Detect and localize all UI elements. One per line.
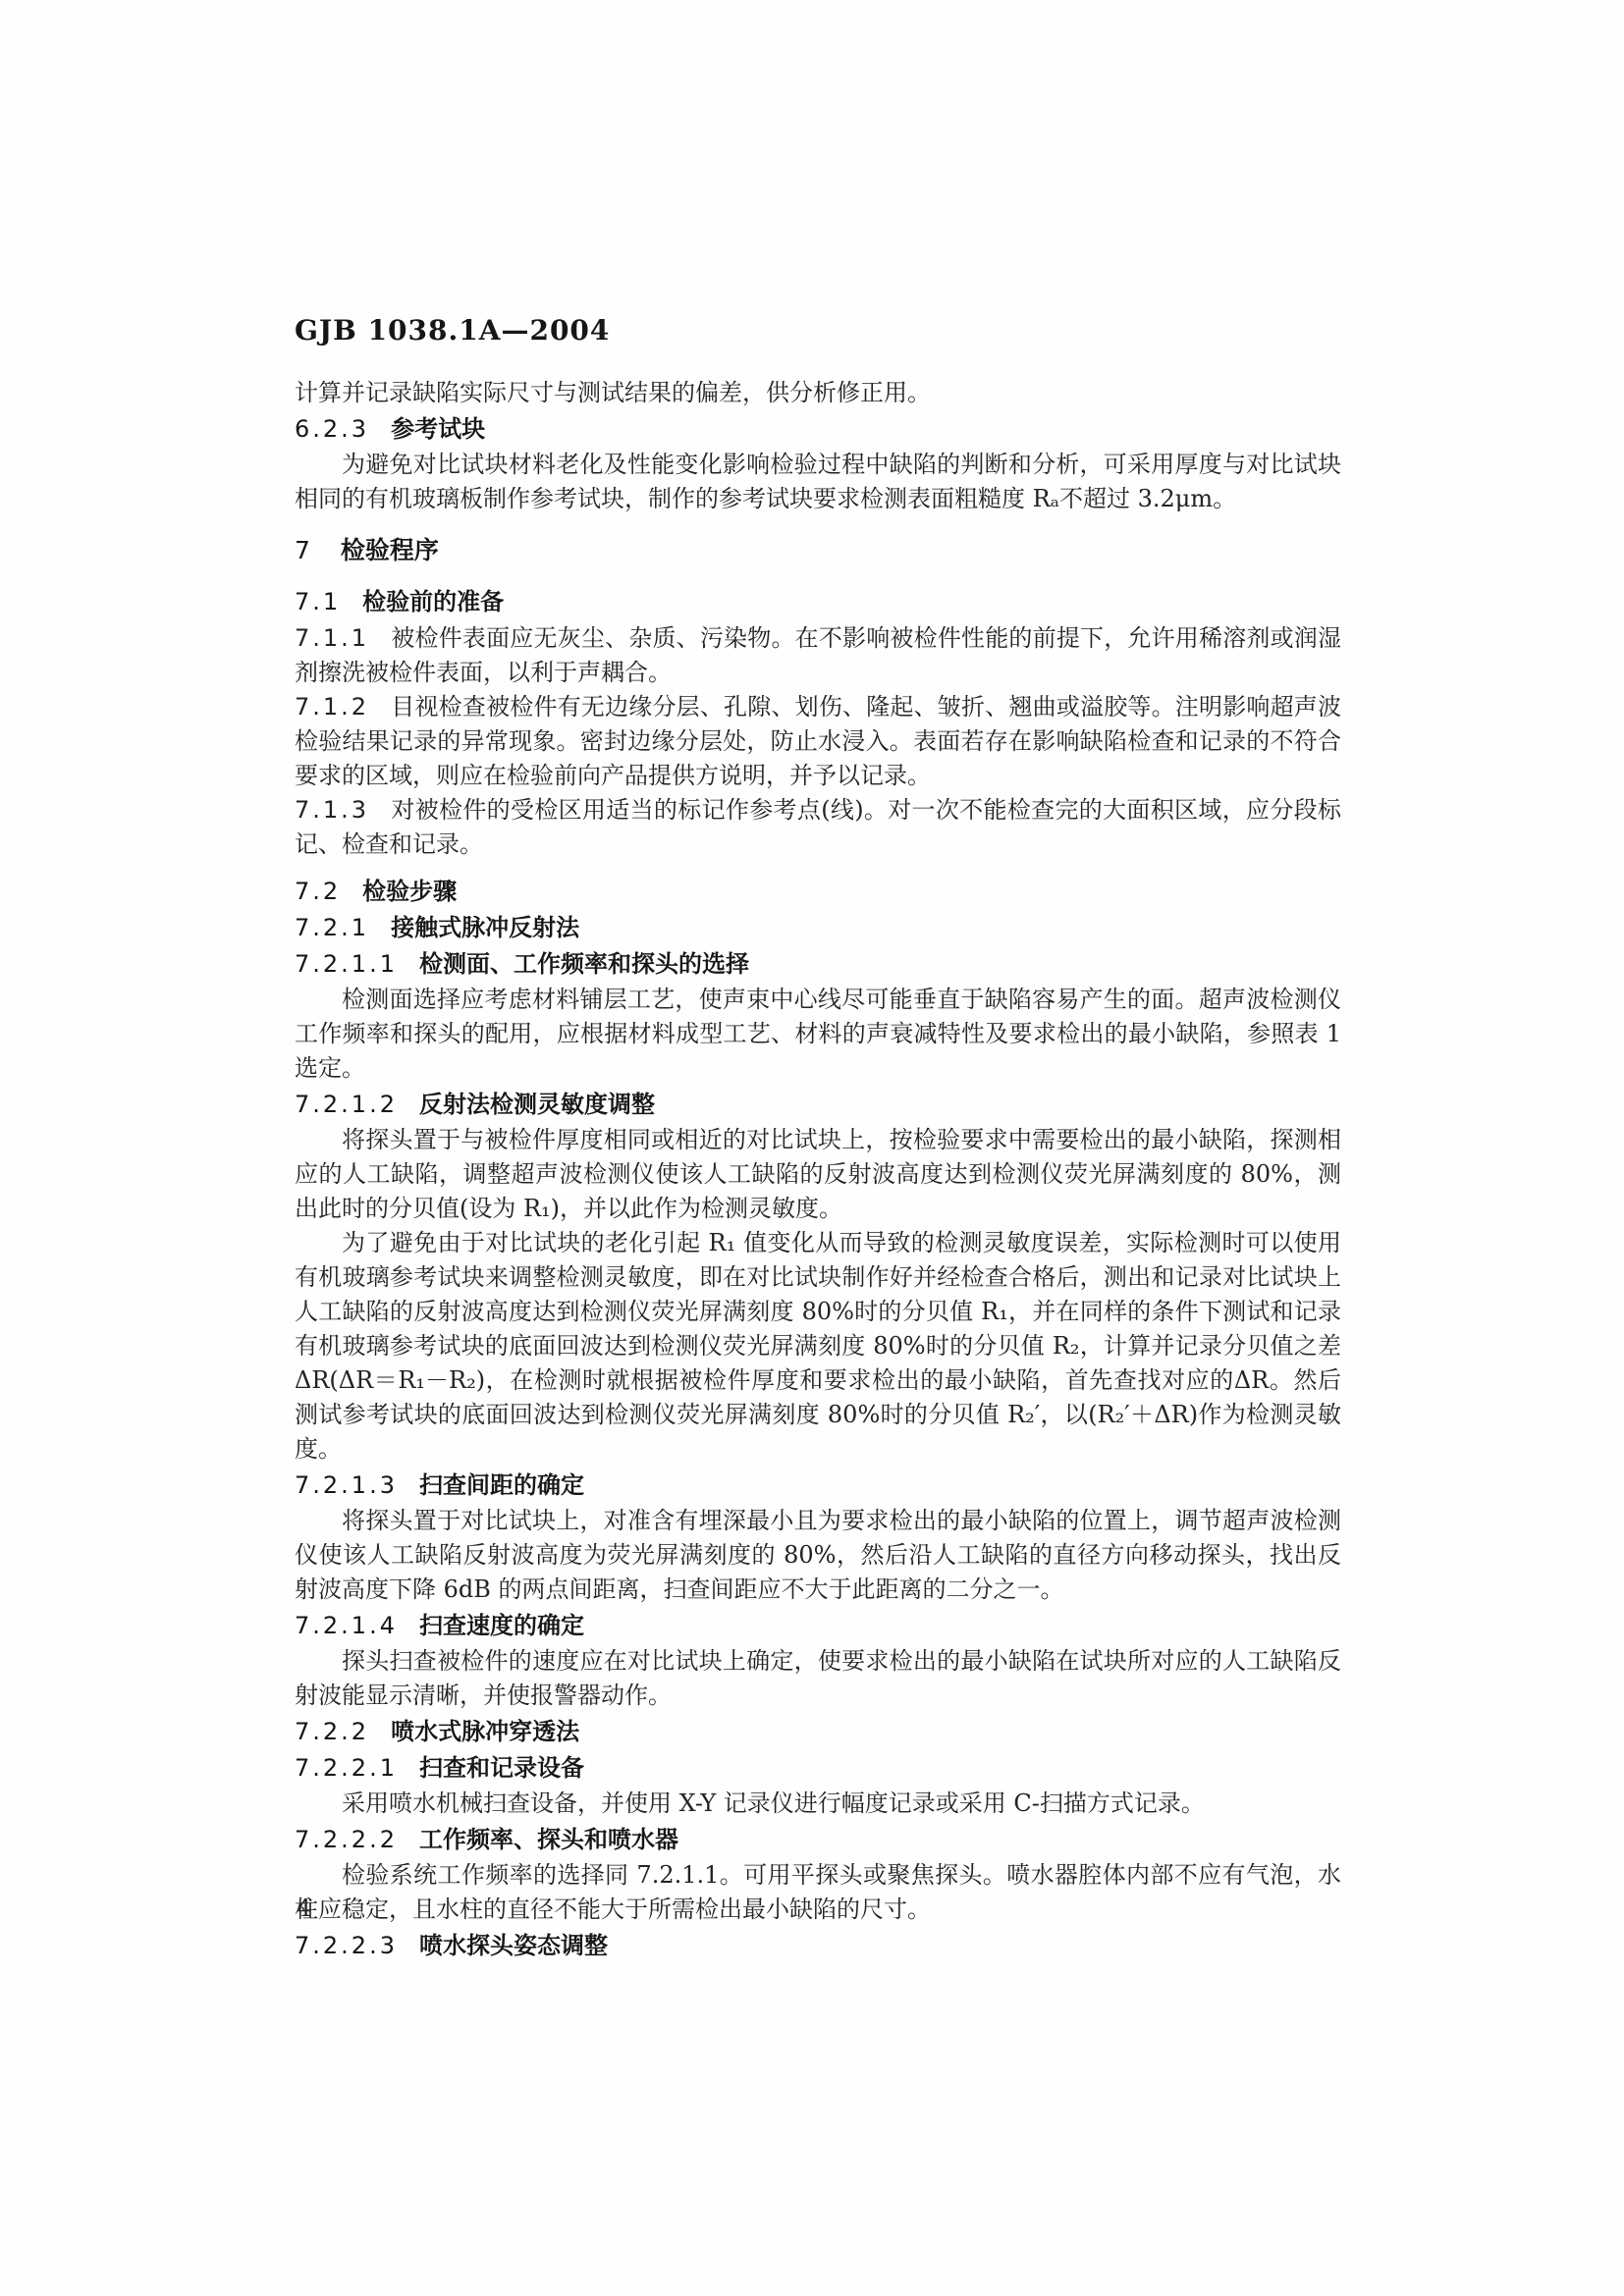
clause-text: 目视检查被检件有无边缘分层、孔隙、划伤、隆起、皱折、翘曲或溢胶等。注明影响超声波… <box>295 693 1341 789</box>
heading-title: 检测面、工作频率和探头的选择 <box>419 950 749 978</box>
clause-7-1-2: 7.1.2目视检查被检件有无边缘分层、孔隙、划伤、隆起、皱折、翘曲或溢胶等。注明… <box>295 690 1341 793</box>
heading-7-2: 7.2检验步骤 <box>295 875 1341 909</box>
heading-7-2-1-4: 7.2.1.4扫查速度的确定 <box>295 1609 1341 1643</box>
heading-title: 接触式脉冲反射法 <box>391 914 579 941</box>
para-7-2-2-2: 检验系统工作频率的选择同 7.2.1.1。可用平探头或聚焦探头。喷水器腔体内部不… <box>295 1858 1341 1927</box>
heading-number: 7.2.2.1 <box>295 1754 398 1782</box>
para-carryover: 计算并记录缺陷实际尺寸与测试结果的偏差，供分析修正用。 <box>295 376 1341 410</box>
document-body: 计算并记录缺陷实际尺寸与测试结果的偏差，供分析修正用。6.2.3参考试块为避免对… <box>295 376 1341 1963</box>
heading-number: 7.2.1.4 <box>295 1612 398 1639</box>
heading-number: 7.2.2 <box>295 1718 369 1745</box>
heading-title: 检验程序 <box>341 536 439 564</box>
para-6-2-3: 为避免对比试块材料老化及性能变化影响检验过程中缺陷的判断和分析，可采用厚度与对比… <box>295 448 1341 516</box>
heading-title: 检验步骤 <box>362 878 457 905</box>
heading-number: 7.2.1.2 <box>295 1091 398 1118</box>
heading-title: 工作频率、探头和喷水器 <box>419 1826 678 1853</box>
heading-number: 7.2.2.3 <box>295 1932 398 1959</box>
heading-7-2-1-2: 7.2.1.2反射法检测灵敏度调整 <box>295 1088 1341 1122</box>
heading-7-2-1-3: 7.2.1.3扫查间距的确定 <box>295 1468 1341 1503</box>
heading-number: 6.2.3 <box>295 415 369 443</box>
heading-7-2-2-3: 7.2.2.3喷水探头姿态调整 <box>295 1929 1341 1963</box>
para-7-2-1-3: 将探头置于对比试块上，对准含有埋深最小且为要求检出的最小缺陷的位置上，调节超声波… <box>295 1504 1341 1607</box>
heading-title: 喷水式脉冲穿透法 <box>391 1718 579 1745</box>
clause-number: 7.1.3 <box>295 796 369 824</box>
heading-number: 7.2 <box>295 878 341 905</box>
heading-6-2-3: 6.2.3参考试块 <box>295 412 1341 447</box>
heading-7: 7检验程序 <box>295 533 1341 567</box>
heading-title: 喷水探头姿态调整 <box>419 1932 608 1959</box>
para-7-2-1-4: 探头扫查被检件的速度应在对比试块上确定，使要求检出的最小缺陷在试块所对应的人工缺… <box>295 1644 1341 1713</box>
document-standard-number: GJB 1038.1A—2004 <box>295 314 1341 347</box>
heading-title: 扫查间距的确定 <box>419 1471 584 1499</box>
clause-text: 对被检件的受检区用适当的标记作参考点(线)。对一次不能检查完的大面积区域，应分段… <box>295 796 1341 858</box>
heading-title: 反射法检测灵敏度调整 <box>419 1091 655 1118</box>
heading-7-2-2-2: 7.2.2.2工作频率、探头和喷水器 <box>295 1823 1341 1857</box>
page-number: 4 <box>297 1895 311 1922</box>
clause-7-1-1: 7.1.1被检件表面应无灰尘、杂质、污染物。在不影响被检件性能的前提下，允许用稀… <box>295 621 1341 690</box>
heading-number: 7.1 <box>295 588 341 615</box>
para-7-2-1-1: 检测面选择应考虑材料铺层工艺，使声束中心线尽可能垂直于缺陷容易产生的面。超声波检… <box>295 983 1341 1086</box>
heading-title: 检验前的准备 <box>362 588 504 615</box>
clause-7-1-3: 7.1.3对被检件的受检区用适当的标记作参考点(线)。对一次不能检查完的大面积区… <box>295 793 1341 862</box>
scanned-document-page: GJB 1038.1A—2004 计算并记录缺陷实际尺寸与测试结果的偏差，供分析… <box>0 0 1624 2296</box>
clause-number: 7.1.2 <box>295 693 369 721</box>
clause-number: 7.1.1 <box>295 624 369 652</box>
para-7-2-1-2-a: 将探头置于与被检件厚度相同或相近的对比试块上，按检验要求中需要检出的最小缺陷，探… <box>295 1123 1341 1226</box>
heading-number: 7.2.1 <box>295 914 369 941</box>
heading-title: 参考试块 <box>391 415 485 443</box>
clause-text: 被检件表面应无灰尘、杂质、污染物。在不影响被检件性能的前提下，允许用稀溶剂或润湿… <box>295 624 1341 686</box>
heading-number: 7.2.1.1 <box>295 950 398 978</box>
document-content: GJB 1038.1A—2004 计算并记录缺陷实际尺寸与测试结果的偏差，供分析… <box>295 314 1341 1964</box>
heading-number: 7.2.1.3 <box>295 1471 398 1499</box>
heading-7-2-1: 7.2.1接触式脉冲反射法 <box>295 911 1341 945</box>
heading-7-2-2-1: 7.2.2.1扫查和记录设备 <box>295 1751 1341 1786</box>
para-7-2-2-1: 采用喷水机械扫查设备，并使用 X-Y 记录仪进行幅度记录或采用 C-扫描方式记录… <box>295 1787 1341 1821</box>
heading-number: 7.2.2.2 <box>295 1826 398 1853</box>
heading-7-2-2: 7.2.2喷水式脉冲穿透法 <box>295 1715 1341 1749</box>
para-7-2-1-2-b: 为了避免由于对比试块的老化引起 R₁ 值变化从而导致的检测灵敏度误差，实际检测时… <box>295 1226 1341 1467</box>
heading-title: 扫查速度的确定 <box>419 1612 584 1639</box>
heading-number: 7 <box>295 536 313 564</box>
heading-7-2-1-1: 7.2.1.1检测面、工作频率和探头的选择 <box>295 947 1341 982</box>
heading-title: 扫查和记录设备 <box>419 1754 584 1782</box>
heading-7-1: 7.1检验前的准备 <box>295 585 1341 619</box>
